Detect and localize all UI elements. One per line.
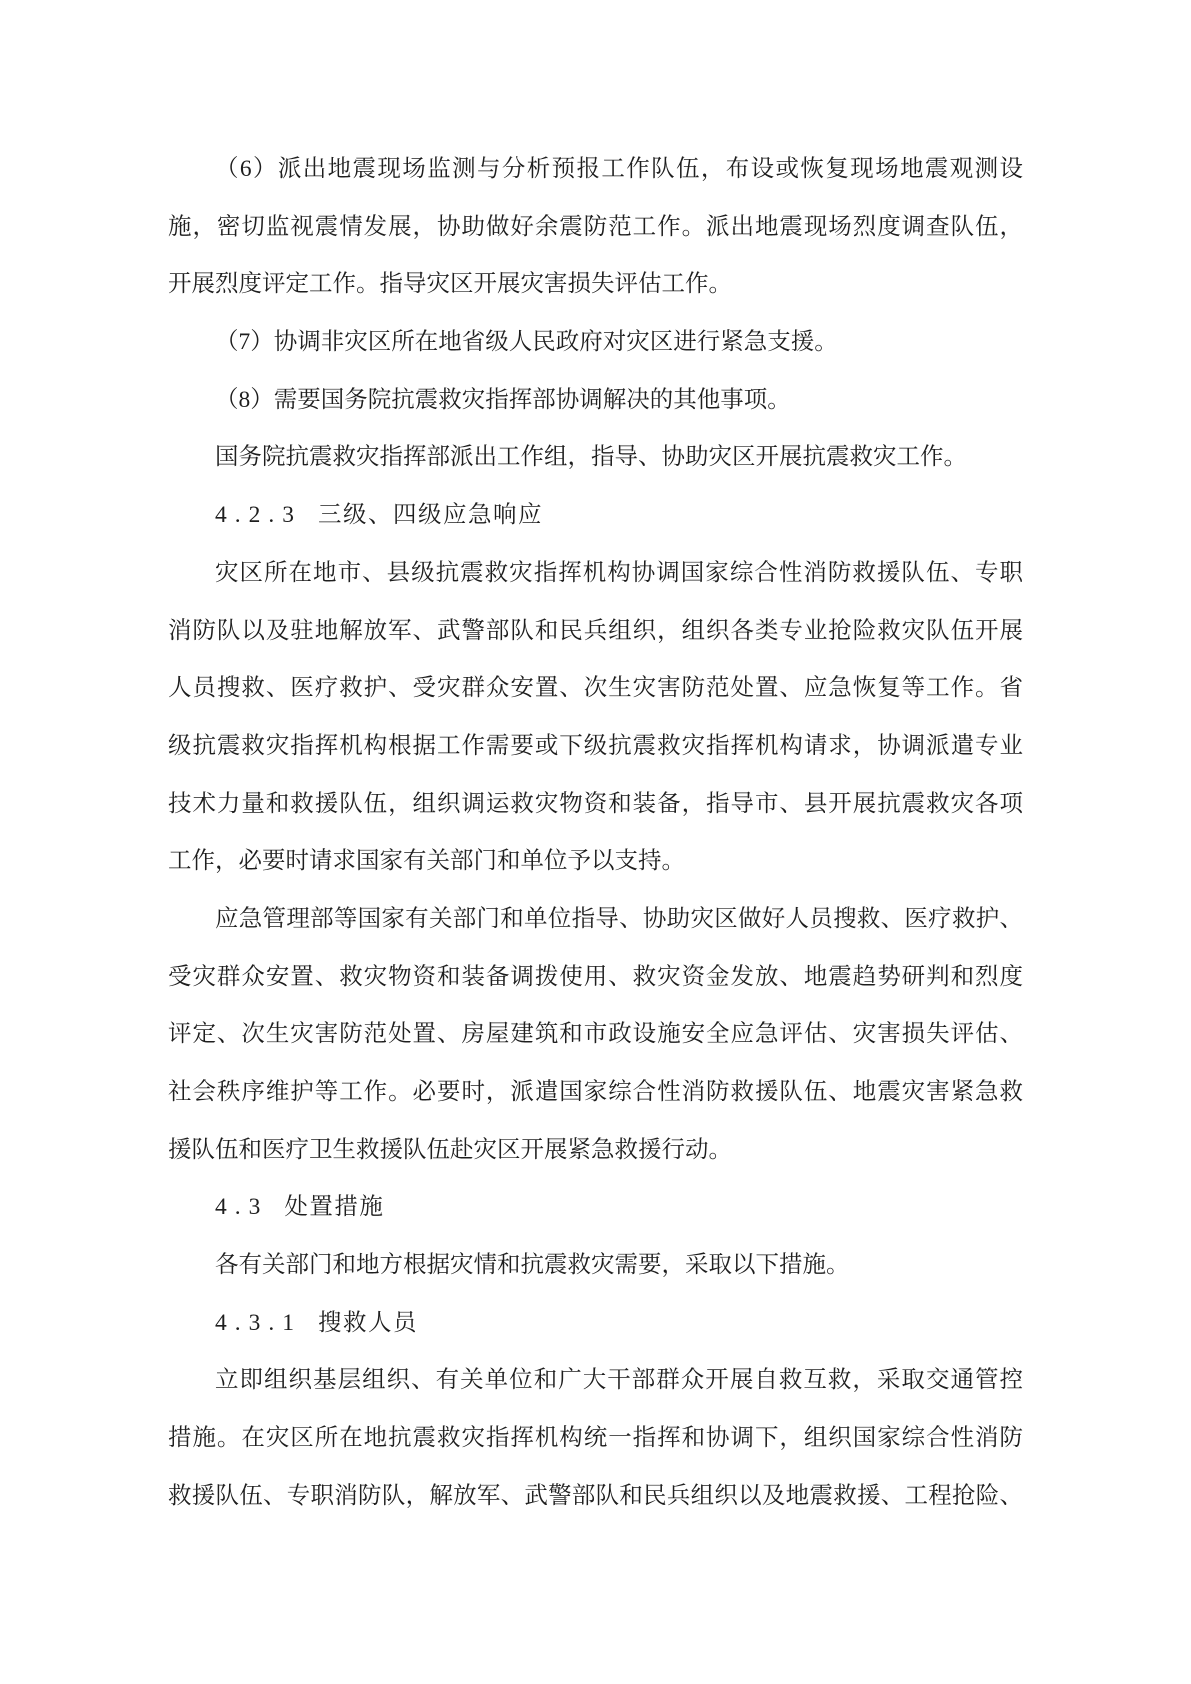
- section-heading: 4.2.3三级、四级应急响应: [168, 487, 1023, 545]
- paragraph-line: 国务院抗震救灾指挥部派出工作组，指导、协助灾区开展抗震救灾工作。: [168, 429, 1023, 487]
- paragraph-line: 人员搜救、医疗救护、受灾群众安置、次生灾害防范处置、应急恢复等工作。省: [168, 660, 1023, 718]
- heading-title: 处置措施: [284, 1194, 384, 1220]
- paragraph-line: （8）需要国务院抗震救灾指挥部协调解决的其他事项。: [168, 372, 1023, 430]
- paragraph-line: （6）派出地震现场监测与分析预报工作队伍，布设或恢复现场地震观测设: [168, 141, 1023, 199]
- paragraph-line: 开展烈度评定工作。指导灾区开展灾害损失评估工作。: [168, 256, 1023, 314]
- paragraph-line: 援队伍和医疗卫生救援队伍赴灾区开展紧急救援行动。: [168, 1122, 1023, 1180]
- paragraph-line: 应急管理部等国家有关部门和单位指导、协助灾区做好人员搜救、医疗救护、: [168, 891, 1023, 949]
- heading-number: 4.3.1: [215, 1310, 302, 1336]
- paragraph-line: 受灾群众安置、救灾物资和装备调拨使用、救灾资金发放、地震趋势研判和烈度: [168, 949, 1023, 1007]
- paragraph-line: 消防队以及驻地解放军、武警部队和民兵组织，组织各类专业抢险救灾队伍开展: [168, 603, 1023, 661]
- paragraph-line: 评定、次生灾害防范处置、房屋建筑和市政设施安全应急评估、灾害损失评估、: [168, 1006, 1023, 1064]
- section-heading: 4.3处置措施: [168, 1179, 1023, 1237]
- paragraph-line: 措施。在灾区所在地抗震救灾指挥机构统一指挥和协调下，组织国家综合性消防: [168, 1410, 1023, 1468]
- heading-number: 4.3: [215, 1194, 268, 1220]
- document-page: （6）派出地震现场监测与分析预报工作队伍，布设或恢复现场地震观测设施，密切监视震…: [0, 0, 1191, 1684]
- paragraph-line: 级抗震救灾指挥机构根据工作需要或下级抗震救灾指挥机构请求，协调派遣专业: [168, 718, 1023, 776]
- document-body: （6）派出地震现场监测与分析预报工作队伍，布设或恢复现场地震观测设施，密切监视震…: [168, 141, 1023, 1526]
- paragraph-line: 灾区所在地市、县级抗震救灾指挥机构协调国家综合性消防救援队伍、专职: [168, 545, 1023, 603]
- paragraph-line: 各有关部门和地方根据灾情和抗震救灾需要，采取以下措施。: [168, 1237, 1023, 1295]
- heading-number: 4.2.3: [215, 502, 302, 528]
- paragraph-line: （7）协调非灾区所在地省级人民政府对灾区进行紧急支援。: [168, 314, 1023, 372]
- heading-title: 三级、四级应急响应: [318, 502, 543, 528]
- heading-title: 搜救人员: [318, 1310, 418, 1336]
- section-heading: 4.3.1搜救人员: [168, 1295, 1023, 1353]
- paragraph-line: 社会秩序维护等工作。必要时，派遣国家综合性消防救援队伍、地震灾害紧急救: [168, 1064, 1023, 1122]
- paragraph-line: 救援队伍、专职消防队，解放军、武警部队和民兵组织以及地震救援、工程抢险、: [168, 1468, 1023, 1526]
- paragraph-line: 施，密切监视震情发展，协助做好余震防范工作。派出地震现场烈度调查队伍，: [168, 199, 1023, 257]
- paragraph-line: 技术力量和救援队伍，组织调运救灾物资和装备，指导市、县开展抗震救灾各项: [168, 776, 1023, 834]
- paragraph-line: 立即组织基层组织、有关单位和广大干部群众开展自救互救，采取交通管控: [168, 1352, 1023, 1410]
- paragraph-line: 工作，必要时请求国家有关部门和单位予以支持。: [168, 833, 1023, 891]
